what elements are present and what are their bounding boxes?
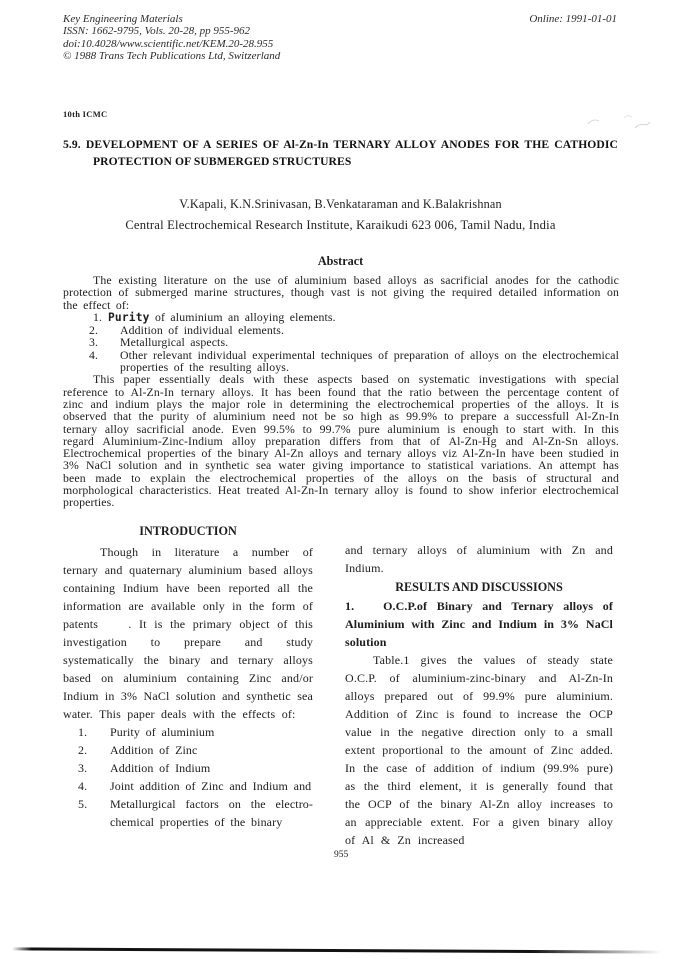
list-number: 3.	[78, 759, 87, 777]
abstract-heading: Abstract	[63, 254, 618, 269]
paper-page: Key Engineering Materials ISSN: 1662-979…	[0, 0, 678, 959]
page-number: 955	[334, 850, 348, 860]
abstract-body: The existing literature on the use of al…	[63, 274, 619, 509]
left-column: INTRODUCTION Though in literature a numb…	[63, 522, 313, 831]
list-item-text: Other relevant individual experimental t…	[120, 348, 619, 374]
journal-copyright: © 1988 Trans Tech Publications Ltd, Swit…	[63, 50, 280, 62]
list-number: 5.	[78, 795, 87, 813]
byline: V.Kapali, K.N.Srinivasan, B.Venkataraman…	[63, 197, 618, 233]
introduction-heading: INTRODUCTION	[63, 522, 313, 540]
journal-masthead: Key Engineering Materials ISSN: 1662-979…	[63, 13, 280, 63]
right-column: and ternary alloys of aluminium with Zn …	[345, 541, 613, 849]
list-number: 3.	[89, 336, 98, 348]
pencil-scribble-marks	[580, 108, 655, 138]
list-number: 2.	[78, 741, 87, 759]
results-heading: RESULTS AND DISCUSSIONS	[345, 578, 613, 596]
journal-issn: ISSN: 1662-9795, Vols. 20-28, pp 955-962	[63, 25, 280, 37]
list-item-text: of aluminium an alloying elements.	[155, 310, 336, 324]
article-title-line1: 5.9. DEVELOPMENT OF A SERIES OF Al-Zn-In…	[63, 137, 618, 154]
effects-list-item-4: 4.Joint addition of Zinc and Indium and	[63, 777, 313, 795]
conference-label: 10th ICMC	[63, 109, 108, 119]
abstract-paragraph-1: The existing literature on the use of al…	[63, 274, 619, 311]
purity-emphasis: Purity	[108, 311, 150, 324]
list-item-text: Addition of Indium	[110, 761, 210, 775]
effects-list-item-1: 1.Purity of aluminium	[63, 723, 313, 741]
list-number: 4.	[89, 349, 98, 361]
effects-list-item-3: 3.Addition of Indium	[63, 759, 313, 777]
abstract-list-item-4: 4.Other relevant individual experimental…	[89, 349, 619, 374]
abstract-list-item-1: 1.Purity of aluminium an alloying elemen…	[89, 311, 619, 324]
journal-name: Key Engineering Materials	[63, 13, 280, 25]
effects-list-item-5: 5.Metallurgical factors on the electro-c…	[63, 795, 313, 831]
list-number: 1.	[93, 311, 102, 323]
results-subheading: 1. O.C.P.of Binary and Ternary alloys of…	[345, 597, 613, 651]
effects-list-item-2: 2.Addition of Zinc	[63, 741, 313, 759]
list-item-text: Addition of Zinc	[110, 743, 197, 757]
article-title: 5.9. DEVELOPMENT OF A SERIES OF Al-Zn-In…	[63, 137, 618, 170]
list-item-text: Joint addition of Zinc and Indium and	[110, 779, 311, 793]
online-date: Online: 1991-01-01	[529, 13, 617, 25]
introduction-continuation: and ternary alloys of aluminium with Zn …	[345, 541, 613, 577]
list-item-text: Metallurgical factors on the electro-che…	[110, 797, 313, 829]
title-number: 5.9.	[63, 138, 81, 151]
article-title-line2: PROTECTION OF SUBMERGED STRUCTURES	[63, 154, 618, 171]
effects-list: 1.Purity of aluminium 2.Addition of Zinc…	[63, 723, 313, 831]
introduction-paragraph: Though in literature a number of ternary…	[63, 543, 313, 723]
abstract-paragraph-2: This paper essentially deals with these …	[63, 373, 619, 508]
affiliation-line: Central Electrochemical Research Institu…	[63, 218, 618, 233]
title-text-line1: DEVELOPMENT OF A SERIES OF Al-Zn-In TERN…	[86, 138, 618, 151]
list-number: 1.	[78, 723, 87, 741]
abstract-list: 1.Purity of aluminium an alloying elemen…	[89, 311, 619, 373]
scan-edge-line	[12, 947, 662, 953]
results-paragraph: Table.1 gives the values of steady state…	[345, 651, 613, 849]
journal-doi: doi:10.4028/www.scientific.net/KEM.20-28…	[63, 38, 280, 50]
list-item-text: Purity of aluminium	[110, 725, 214, 739]
list-number: 4.	[78, 777, 87, 795]
authors-line: V.Kapali, K.N.Srinivasan, B.Venkataraman…	[63, 197, 618, 212]
